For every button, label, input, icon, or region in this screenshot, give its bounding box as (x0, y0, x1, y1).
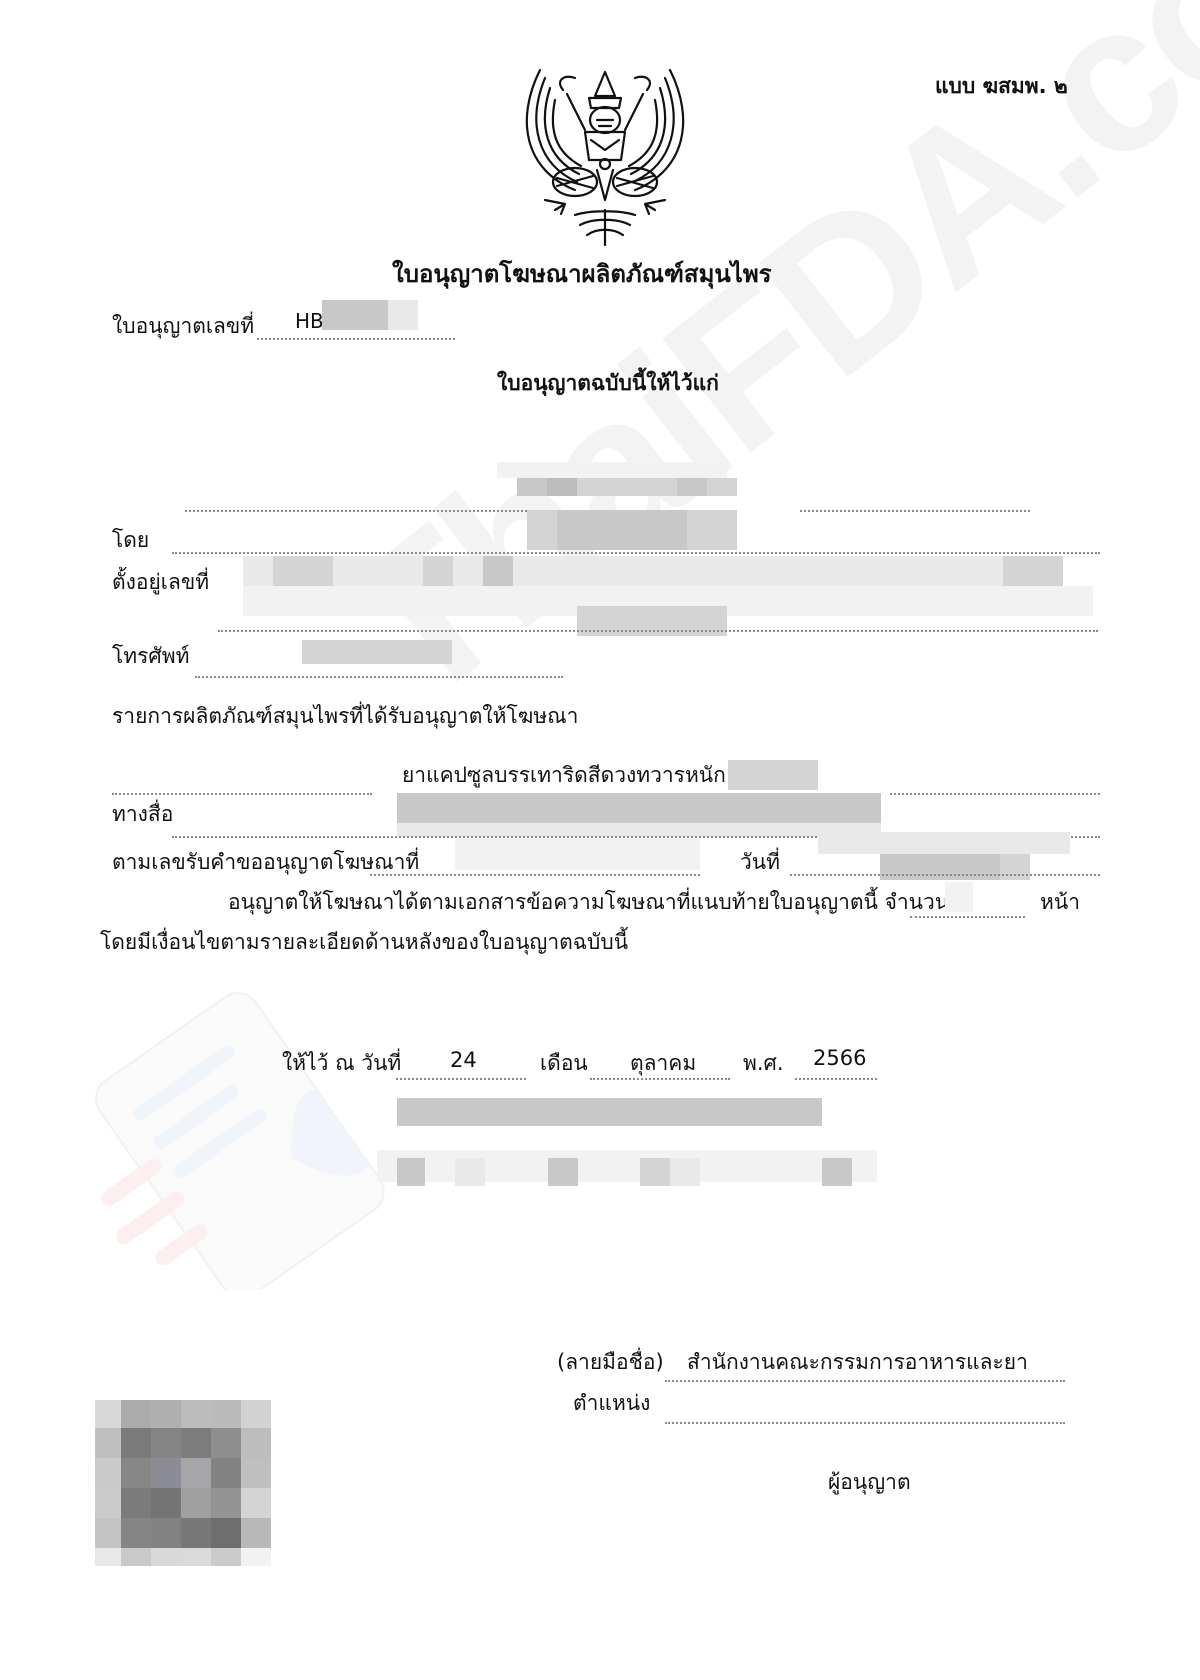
request-date-redacted (818, 832, 1070, 854)
watermark-logo-icon (70, 990, 390, 1290)
issue-day: 24 (450, 1050, 477, 1071)
redact-block (483, 556, 513, 586)
media-label: ทางสื่อ (112, 804, 173, 825)
pages-unit: หน้า (1040, 892, 1080, 913)
product-name-redacted (728, 760, 818, 790)
by-redacted (527, 510, 557, 550)
address-label: ตั้งอยู่เลขที่ (112, 572, 209, 593)
phone-label: โทรศัพท์ (112, 646, 189, 667)
address-line (218, 630, 1098, 632)
position-line (665, 1422, 1065, 1424)
redact-block (397, 1158, 425, 1186)
products-heading: รายการผลิตภัณฑ์สมุนไพรที่ได้รับอนุญาตให้… (112, 706, 578, 727)
redact-block (880, 854, 1000, 880)
by-label: โดย (112, 530, 149, 551)
phone-line (195, 676, 563, 678)
by-line (172, 552, 1100, 554)
redact-block (547, 478, 577, 496)
licensee-name-line-2 (800, 510, 1030, 512)
licensor-role: ผู้อนุญาต (828, 1472, 911, 1493)
phone-redacted (302, 640, 452, 664)
redact-block (557, 510, 687, 550)
redact-block (577, 478, 677, 496)
issued-to-heading: ใบอนุญาตฉบับนี้ให้ไว้แก่ (497, 373, 719, 394)
issue-year: 2566 (813, 1048, 866, 1069)
garuda-emblem-icon (505, 60, 705, 250)
pages-redacted (945, 882, 973, 912)
signatory-name: สำนักงานคณะกรรมการอาหารและยา (687, 1352, 1028, 1373)
signature-label: (ลายมือชื่อ) (557, 1352, 664, 1373)
signatory-line (665, 1380, 1065, 1382)
redact-block (548, 1158, 578, 1186)
redact-block (273, 556, 333, 586)
redact-block (677, 478, 707, 496)
redact-block (670, 1158, 700, 1186)
qr-code-redacted (95, 1400, 271, 1566)
official-title-redacted (377, 1150, 877, 1182)
issue-year-line (795, 1078, 877, 1080)
license-number-redacted-2 (388, 300, 418, 330)
request-date-label: วันที่ (740, 852, 780, 873)
document-title: ใบอนุญาตโฆษณาผลิตภัณฑ์สมุนไพร (392, 262, 772, 286)
pages-line (910, 916, 1025, 918)
form-code: แบบ ฆสมพ. ๒ (935, 76, 1068, 97)
redact-block (1003, 556, 1063, 586)
product-name: ยาแคปซูลบรรเทาริดสีดวงทวารหนัก (402, 765, 726, 786)
product-line-left (112, 793, 372, 795)
media-redacted (397, 793, 881, 823)
redact-block (822, 1158, 852, 1186)
redact-block (397, 823, 881, 837)
approval-text: อนุญาตให้โฆษณาได้ตามเอกสารข้อความโฆษณาที… (228, 892, 949, 913)
request-number-redacted (455, 838, 700, 870)
request-number-label: ตามเลขรับคำขออนุญาตโฆษณาที่ (112, 852, 419, 873)
request-date-line (790, 874, 1100, 876)
conditions-text: โดยมีเงื่อนไขตามรายละเอียดด้านหลังของใบอ… (100, 932, 628, 953)
license-number-label: ใบอนุญาตเลขที่ (112, 316, 254, 337)
license-number-redacted (322, 300, 388, 330)
issue-year-label: พ.ศ. (743, 1053, 784, 1074)
watermark: ThaiFDA.com (300, 0, 1200, 751)
issue-month: ตุลาคม (630, 1053, 696, 1074)
issue-month-label: เดือน (540, 1053, 588, 1074)
position-label: ตำแหน่ง (573, 1393, 650, 1414)
redact-block (455, 1158, 485, 1186)
redact-block (1000, 854, 1030, 880)
given-date-label: ให้ไว้ ณ วันที่ (282, 1053, 401, 1074)
redact-block (687, 510, 737, 550)
redact-block (707, 478, 737, 496)
redact-block (640, 1158, 670, 1186)
request-number-line (370, 874, 700, 876)
address-redacted (243, 556, 1063, 586)
official-name-redacted (397, 1098, 822, 1126)
redact-block (517, 478, 547, 496)
licensee-name-redacted (497, 462, 727, 478)
licensee-name-line (185, 510, 527, 512)
license-number-line (257, 338, 455, 340)
product-line-right (890, 793, 1100, 795)
redact-block (423, 556, 453, 586)
issue-day-line (396, 1078, 526, 1080)
issue-month-line (590, 1078, 730, 1080)
license-number-prefix: HB (295, 311, 324, 331)
